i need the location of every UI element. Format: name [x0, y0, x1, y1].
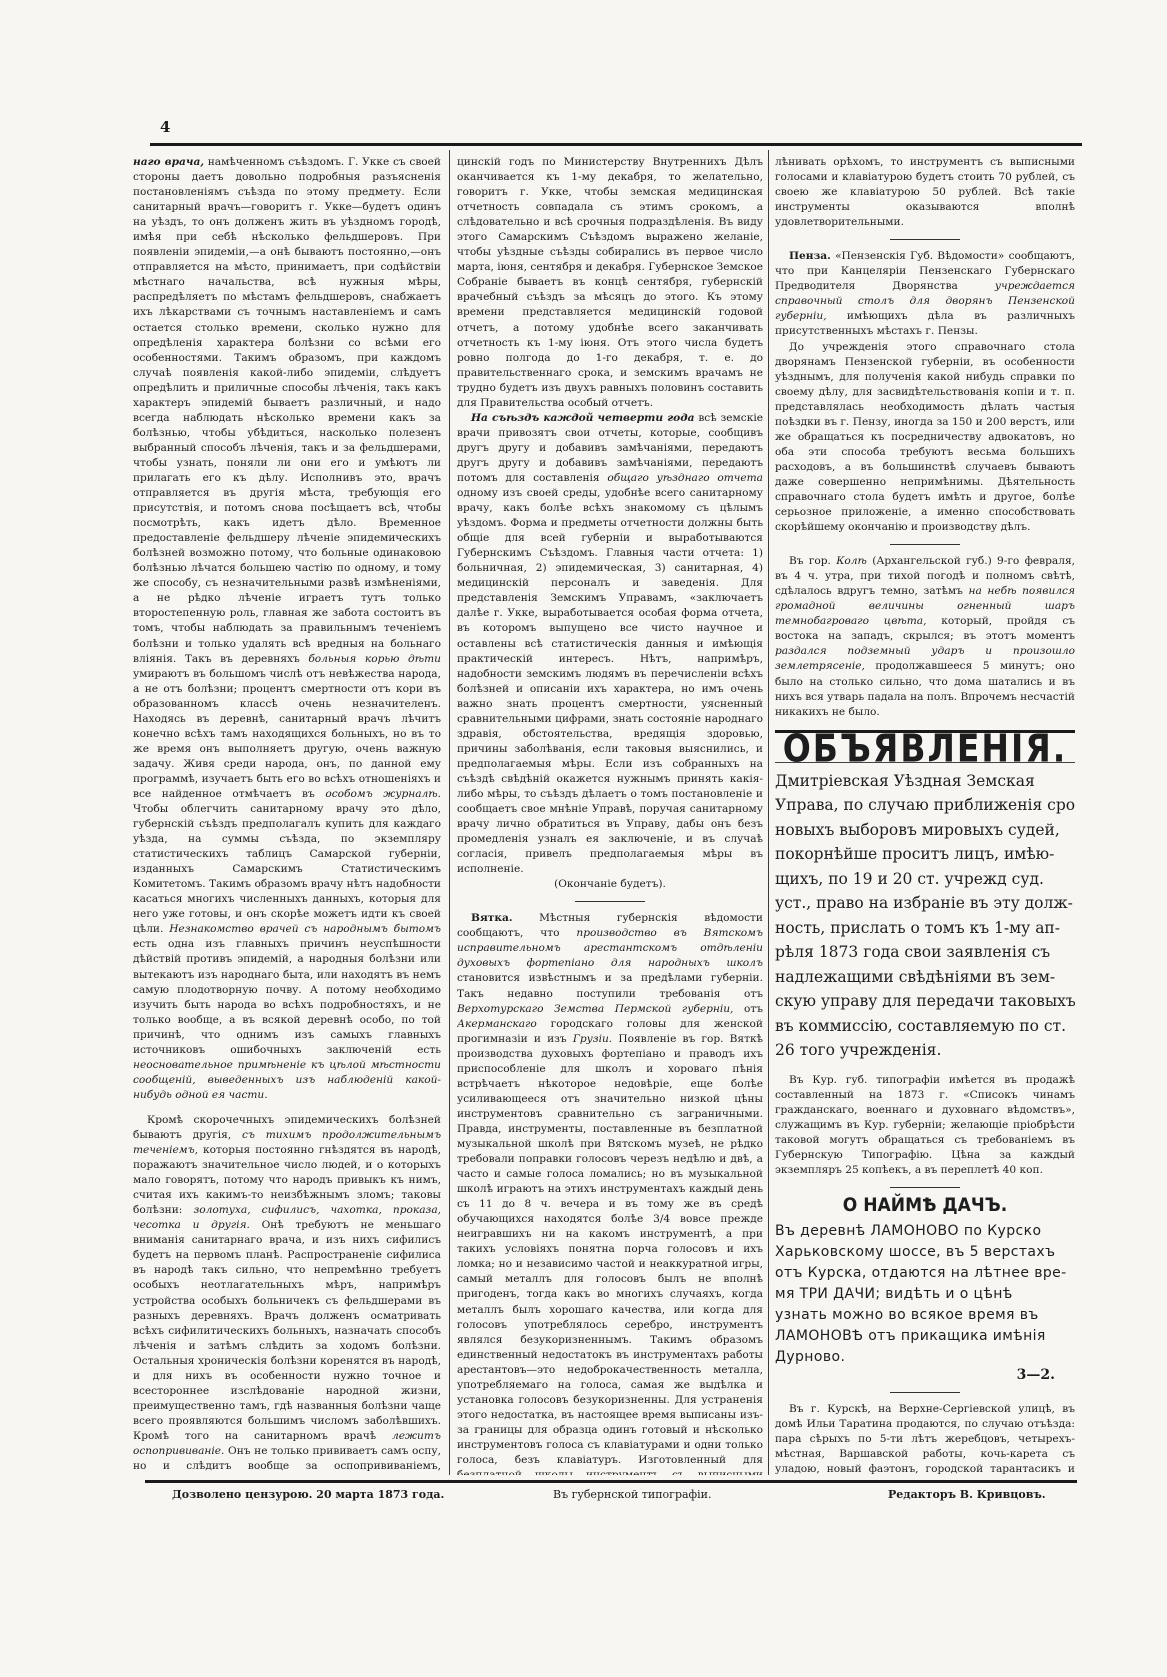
ad-line: новыхъ выборовъ мировыхъ судей,	[775, 818, 1075, 843]
dacha-rental-heading: О НАЙМѢ ДАЧЪ.	[775, 1198, 1075, 1213]
ad-line: уст., право на избраніе въ эту долж-	[775, 891, 1075, 916]
ads-heading: ОБЪЯВЛЕНІЯ.	[775, 740, 1075, 757]
ad-line: Дмитріевская Уѣздная Земская	[775, 769, 1075, 794]
header-rule	[150, 143, 1082, 146]
ad-dacha-rental: Въ деревнѣ ЛАМОНОВО по КурскоХарьковском…	[775, 1221, 1075, 1368]
article-paragraph: лѣнивать орѣхомъ, то инструментъ съ выпи…	[775, 155, 1075, 230]
printer-note: Въ губернской типографіи.	[553, 1488, 712, 1501]
ad-line: 26 того учрежденія.	[775, 1038, 1075, 1063]
column-1-article: наго врача, намѣченномъ съѣздомъ. Г. Укк…	[133, 155, 441, 1475]
section-divider	[890, 1187, 960, 1188]
ad-line: въ коммиссію, составляемую по ст.	[775, 1014, 1075, 1039]
footer-rule	[145, 1480, 1077, 1483]
article-paragraph: До учрежденія этого справочнаго стола дв…	[775, 340, 1075, 536]
ad-line: Въ деревнѣ ЛАМОНОВО по Курско	[775, 1221, 1075, 1242]
page-number: 4	[160, 118, 170, 136]
section-divider	[890, 544, 960, 545]
continued-note: (Окончаніе будетъ).	[457, 877, 763, 892]
news-item-kola: Въ гор. Колѣ (Архангельской губ.) 9-го ф…	[775, 554, 1075, 720]
ad-line: Харьковскому шоссе, въ 5 верстахъ	[775, 1242, 1075, 1263]
ad-issue-mark: 3—2.	[775, 1368, 1055, 1383]
newspaper-page: 4 наго врача, намѣченномъ съѣздомъ. Г. У…	[0, 0, 1167, 1677]
section-divider	[890, 1392, 960, 1393]
ad-line: щихъ, по 19 и 20 ст. учрежд суд.	[775, 867, 1075, 892]
column-divider	[449, 150, 450, 1475]
censor-note: Дозволено цензурою. 20 марта 1873 года.	[172, 1488, 444, 1501]
ad-line: Управа, по случаю приближенія срока	[775, 793, 1075, 818]
news-item-penza: Пенза. «Пензенскія Губ. Вѣдомости» сообщ…	[775, 249, 1075, 339]
ad-line: отъ Курска, отдаются на лѣтнее вре-	[775, 1263, 1075, 1284]
article-paragraph: наго врача, намѣченномъ съѣздомъ. Г. Укк…	[133, 155, 441, 1103]
column-divider	[768, 150, 769, 1475]
column-3: лѣнивать орѣхомъ, то инструментъ съ выпи…	[775, 155, 1075, 1475]
ad-line: скую управу для передачи таковыхъ	[775, 989, 1075, 1014]
ad-line: рѣля 1873 года свои заявленія съ	[775, 940, 1075, 965]
ad-line: Дурново.	[775, 1347, 1075, 1368]
ad-line: покорнѣйше проситъ лицъ, имѣю-	[775, 842, 1075, 867]
ad-line: ность, прислать о томъ къ 1-му ап-	[775, 916, 1075, 941]
article-paragraph: цинскій годъ по Министерству Внутреннихъ…	[457, 155, 763, 411]
ad-line: мя ТРИ ДАЧИ; видѣть и о цѣнѣ	[775, 1284, 1075, 1305]
news-item-vyatka: Вятка. Мѣстныя губернскія вѣдомости сооб…	[457, 911, 763, 1475]
ad-dmitriev-zemstvo: Дмитріевская Уѣздная ЗемскаяУправа, по с…	[775, 769, 1075, 1063]
ad-horse-sale: Въ г. Курскѣ, на Верхне-Сергіевской улиц…	[775, 1402, 1075, 1475]
article-paragraph: На съѣздъ каждой четверти года всѣ земск…	[457, 411, 763, 877]
section-divider	[890, 239, 960, 240]
ad-line: надлежащими свѣдѣніями въ зем-	[775, 965, 1075, 990]
column-2-article: цинскій годъ по Министерству Внутреннихъ…	[457, 155, 763, 1475]
ad-line: ЛАМОНОВѢ отъ прикащика имѣнія	[775, 1326, 1075, 1347]
editor-note: Редакторъ В. Кривцовъ.	[888, 1488, 1046, 1501]
section-divider	[575, 901, 645, 902]
ad-kursk-typography: Въ Кур. губ. типографіи имѣется въ прода…	[775, 1073, 1075, 1178]
article-paragraph: Кромѣ скорочечныхъ эпидемическихъ болѣзн…	[133, 1113, 441, 1475]
ad-line: узнать можно во всякое время въ	[775, 1305, 1075, 1326]
